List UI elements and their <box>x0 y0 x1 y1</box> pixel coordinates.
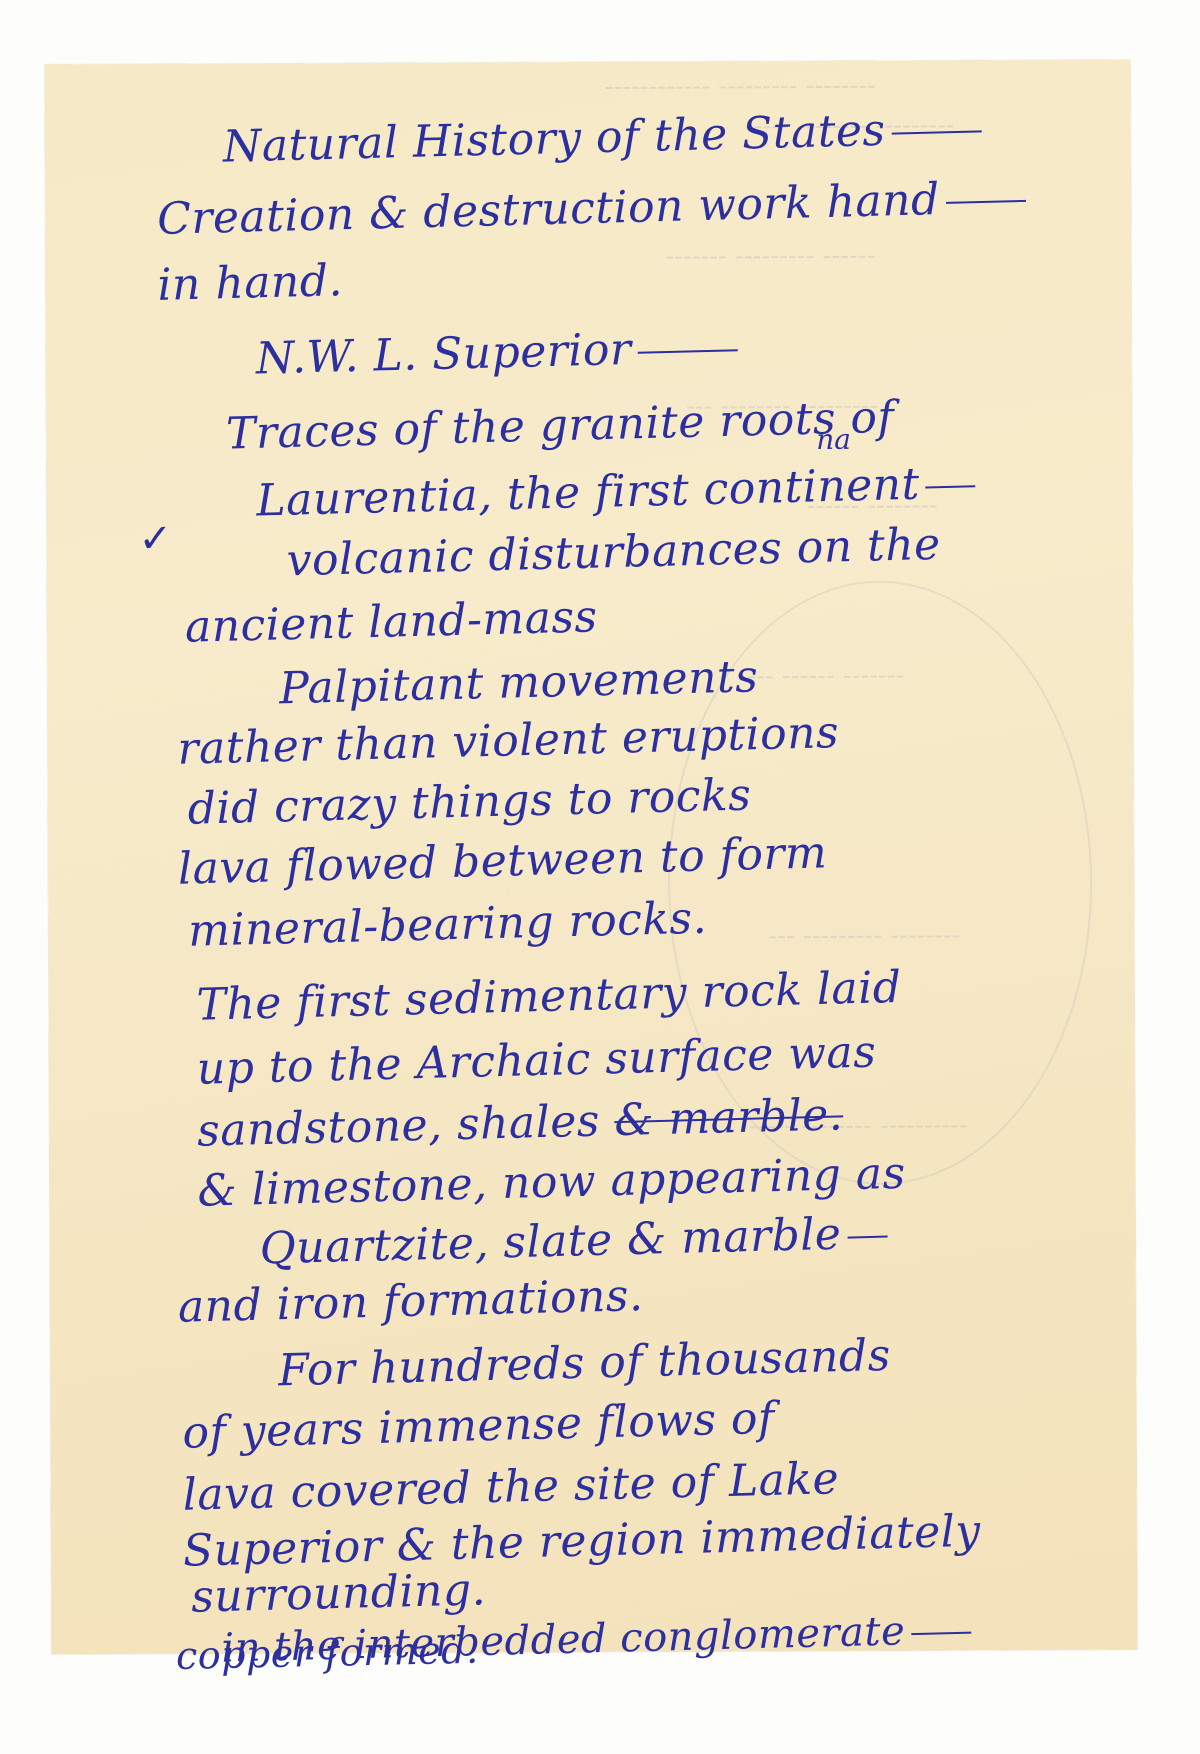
manuscript-page: -------- --------- ------------ --------… <box>45 60 1138 1655</box>
manuscript-line: N.W. L. Superior <box>255 321 738 384</box>
manuscript-line: For hundreds of thousands <box>278 1330 892 1396</box>
manuscript-line: mineral-bearing rocks. <box>188 893 708 957</box>
manuscript-line: Quartzite, slate & marble <box>259 1208 888 1275</box>
manuscript-line: did crazy things to rocks <box>187 770 752 835</box>
manuscript-line: volcanic disturbances on the <box>286 519 941 587</box>
manuscript-line: of years immense flows of <box>182 1393 775 1459</box>
bleed-through-text: -------- --------- ------------ <box>605 71 876 102</box>
check-mark-icon: ✓ <box>139 516 173 562</box>
manuscript-line: surrounding. <box>191 1564 487 1622</box>
bleed-through-text: ------ --------- ------- <box>665 241 875 272</box>
interlinear-insertion: na <box>816 423 851 456</box>
manuscript-line: & limestone, now appearing as <box>197 1148 906 1217</box>
manuscript-line: copper formed. <box>176 1628 479 1678</box>
manuscript-line: lava covered the site of Lake <box>182 1453 840 1521</box>
manuscript-line: Creation & destruction work hand <box>157 172 1027 245</box>
manuscript-line: in hand. <box>157 255 344 311</box>
manuscript-line: sandstone, shales & marble. <box>197 1089 844 1156</box>
manuscript-line: ancient land-mass <box>184 591 598 652</box>
manuscript-line: Natural History of the States <box>222 102 982 172</box>
manuscript-line: Traces of the granite roots of <box>226 392 895 460</box>
manuscript-line: Palpitant movements <box>279 651 759 714</box>
struck-out-text: & marble. <box>614 1089 844 1146</box>
manuscript-line: and iron formations. <box>177 1270 644 1333</box>
